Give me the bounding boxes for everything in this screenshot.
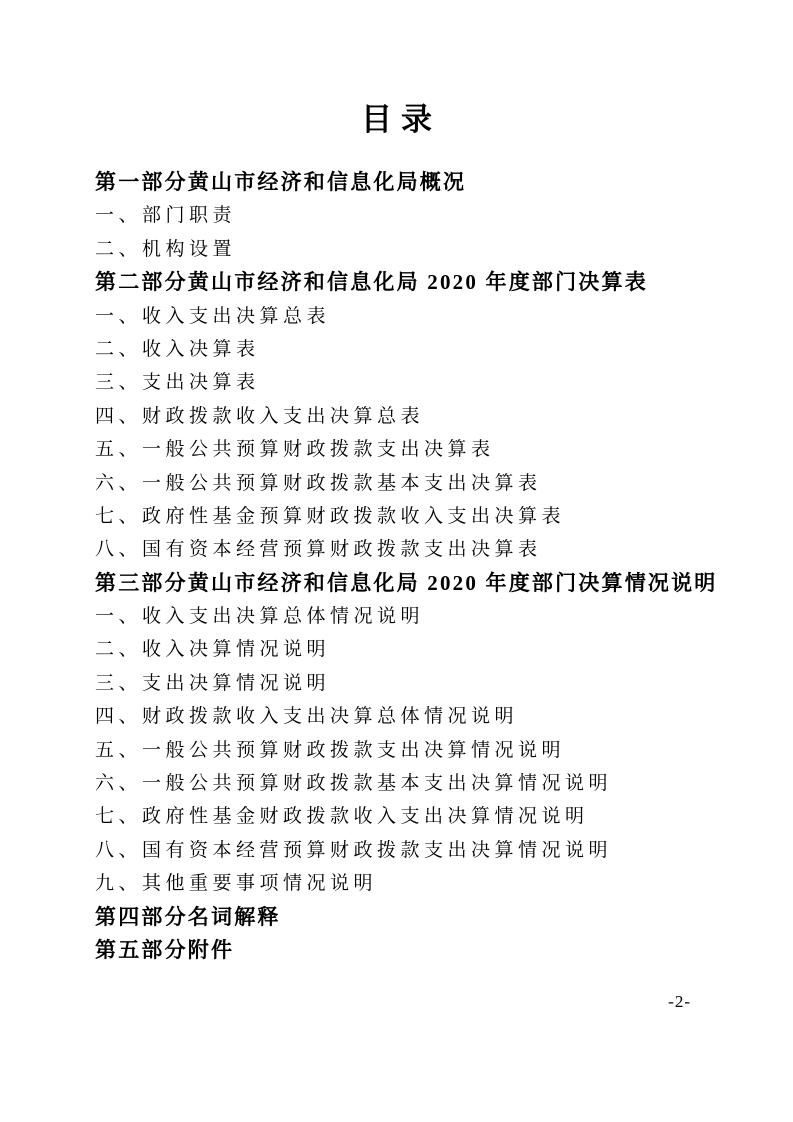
toc-entry: 八、国有资本经营预算财政拨款支出决算表 <box>95 533 743 566</box>
toc-entry: 二、收入决算情况说明 <box>95 633 743 666</box>
toc-entry: 二、机构设置 <box>95 233 743 266</box>
toc-entry: 六、一般公共预算财政拨款基本支出决算表 <box>95 467 743 500</box>
toc-entry: 三、支出决算表 <box>95 366 743 399</box>
toc-entry: 一、部门职责 <box>95 199 743 232</box>
toc-entry: 一、收入支出决算总体情况说明 <box>95 600 743 633</box>
toc-entry: 第一部分黄山市经济和信息化局概况 <box>95 166 743 199</box>
toc-entry: 二、收入决算表 <box>95 333 743 366</box>
table-of-contents: 第一部分黄山市经济和信息化局概况一、部门职责二、机构设置第二部分黄山市经济和信息… <box>95 166 743 967</box>
toc-entry: 第三部分黄山市经济和信息化局 2020 年度部门决算情况说明 <box>95 567 743 600</box>
toc-entry: 第五部分附件 <box>95 934 743 967</box>
toc-entry: 五、一般公共预算财政拨款支出决算情况说明 <box>95 734 743 767</box>
page-number: -2- <box>668 992 691 1012</box>
toc-entry: 四、财政拨款收入支出决算总表 <box>95 400 743 433</box>
toc-entry: 六、一般公共预算财政拨款基本支出决算情况说明 <box>95 767 743 800</box>
toc-entry: 五、一般公共预算财政拨款支出决算表 <box>95 433 743 466</box>
toc-entry: 第四部分名词解释 <box>95 901 743 934</box>
toc-entry: 八、国有资本经营预算财政拨款支出决算情况说明 <box>95 834 743 867</box>
toc-entry: 三、支出决算情况说明 <box>95 667 743 700</box>
toc-entry: 九、其他重要事项情况说明 <box>95 867 743 900</box>
toc-entry: 一、收入支出决算总表 <box>95 300 743 333</box>
toc-entry: 七、政府性基金财政拨款收入支出决算情况说明 <box>95 800 743 833</box>
document-page: 目录 第一部分黄山市经济和信息化局概况一、部门职责二、机构设置第二部分黄山市经济… <box>0 0 793 1122</box>
toc-entry: 第二部分黄山市经济和信息化局 2020 年度部门决算表 <box>95 266 743 299</box>
page-title: 目录 <box>0 94 793 139</box>
toc-entry: 四、财政拨款收入支出决算总体情况说明 <box>95 700 743 733</box>
toc-entry: 七、政府性基金预算财政拨款收入支出决算表 <box>95 500 743 533</box>
